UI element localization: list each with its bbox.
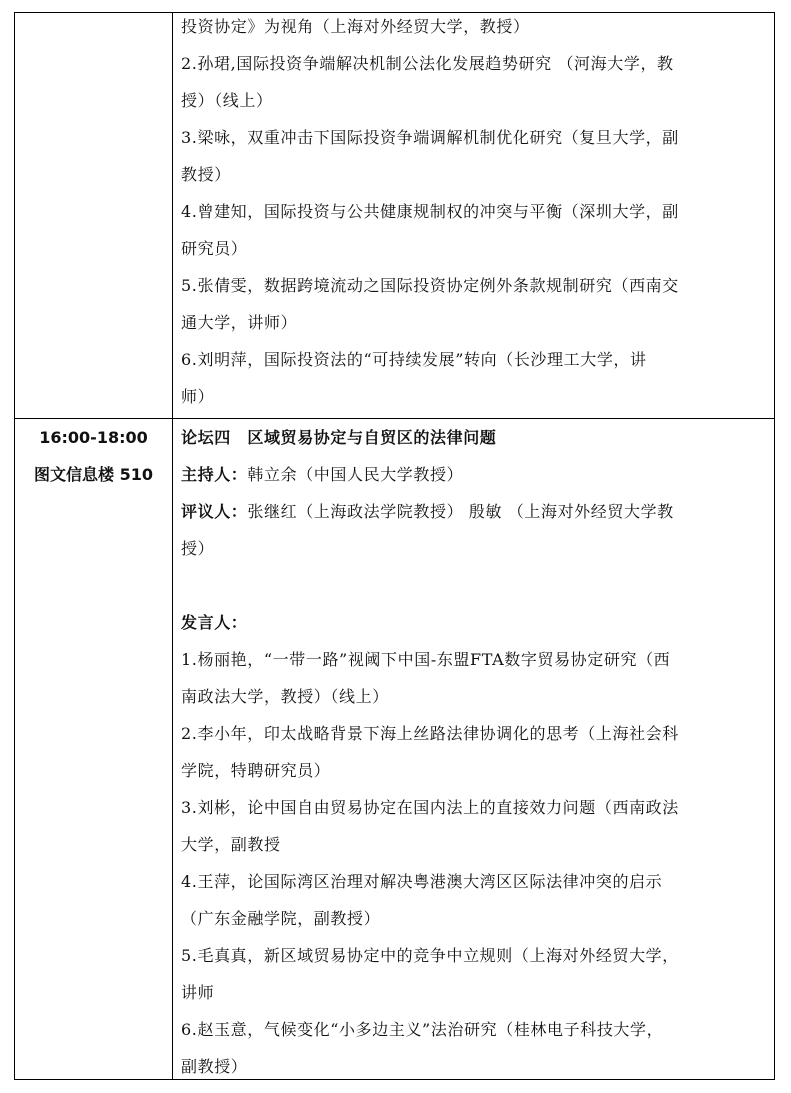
speaker-line: 1.杨丽艳，“一带一路”视阈下中国-东盟FTA数字贸易协定研究（西 bbox=[181, 641, 766, 678]
speaker-line: （广东金融学院，副教授） bbox=[181, 900, 766, 937]
table-row: 16:00-18:00 图文信息楼 510 论坛四 区域贸易协定与自贸区的法律问… bbox=[15, 419, 775, 1080]
speaker-line: 2.孙珺,国际投资争端解决机制公法化发展趋势研究 （河海大学，教 bbox=[181, 45, 766, 82]
blank-line bbox=[181, 567, 766, 604]
commentator-line: 评议人：张继红（上海政法学院教授） 殷敏 （上海对外经贸大学教 bbox=[181, 493, 766, 530]
host-line: 主持人：韩立余（中国人民大学教授） bbox=[181, 456, 766, 493]
commentator-label: 评议人： bbox=[181, 502, 247, 521]
speaker-line: 5.张倩雯，数据跨境流动之国际投资协定例外条款规制研究（西南交 bbox=[181, 267, 766, 304]
commentator-value: 张继红（上海政法学院教授） 殷敏 （上海对外经贸大学教 bbox=[247, 502, 673, 521]
speaker-line: 4.曾建知，国际投资与公共健康规制权的冲突与平衡（深圳大学，副 bbox=[181, 193, 766, 230]
speaker-line: 6.刘明萍，国际投资法的“可持续发展”转向（长沙理工大学，讲 bbox=[181, 341, 766, 378]
speaker-line: 5.毛真真，新区域贸易协定中的竞争中立规则（上海对外经贸大学， bbox=[181, 937, 766, 974]
time-cell: 16:00-18:00 图文信息楼 510 bbox=[15, 419, 173, 1080]
speaker-line: 南政法大学，教授）（线上） bbox=[181, 678, 766, 715]
host-label: 主持人： bbox=[181, 465, 247, 484]
content-cell: 投资协定》为视角（上海对外经贸大学，教授） 2.孙珺,国际投资争端解决机制公法化… bbox=[173, 13, 775, 419]
content-cell: 论坛四 区域贸易协定与自贸区的法律问题 主持人：韩立余（中国人民大学教授） 评议… bbox=[173, 419, 775, 1080]
speaker-line: 师） bbox=[181, 378, 766, 415]
speaker-line: 教授） bbox=[181, 156, 766, 193]
speaker-line: 研究员） bbox=[181, 230, 766, 267]
speaker-line: 3.梁咏，双重冲击下国际投资争端调解机制优化研究（复旦大学，副 bbox=[181, 119, 766, 156]
speaker-line: 副教授） bbox=[181, 1048, 766, 1085]
speaker-line: 投资协定》为视角（上海对外经贸大学，教授） bbox=[181, 13, 766, 45]
speaker-line: 大学，副教授 bbox=[181, 826, 766, 863]
commentator-line-cont: 授） bbox=[181, 530, 766, 567]
speaker-line: 3.刘彬，论中国自由贸易协定在国内法上的直接效力问题（西南政法 bbox=[181, 789, 766, 826]
time-cell bbox=[15, 13, 173, 419]
speaker-line: 4.王萍，论国际湾区治理对解决粤港澳大湾区区际法律冲突的启示 bbox=[181, 863, 766, 900]
speaker-line: 讲师 bbox=[181, 974, 766, 1011]
speaker-line: 学院，特聘研究员） bbox=[181, 752, 766, 789]
speakers-label: 发言人： bbox=[181, 604, 766, 641]
time-text: 16:00-18:00 bbox=[15, 419, 172, 456]
venue-text: 图文信息楼 510 bbox=[15, 456, 172, 493]
forum-title: 论坛四 区域贸易协定与自贸区的法律问题 bbox=[181, 419, 766, 456]
speaker-line: 6.赵玉意，气候变化“小多边主义”法治研究（桂林电子科技大学， bbox=[181, 1011, 766, 1048]
table-row: 投资协定》为视角（上海对外经贸大学，教授） 2.孙珺,国际投资争端解决机制公法化… bbox=[15, 13, 775, 419]
schedule-table: 投资协定》为视角（上海对外经贸大学，教授） 2.孙珺,国际投资争端解决机制公法化… bbox=[14, 12, 775, 1080]
speaker-line: 授）（线上） bbox=[181, 82, 766, 119]
speaker-line: 通大学，讲师） bbox=[181, 304, 766, 341]
host-value: 韩立余（中国人民大学教授） bbox=[247, 465, 463, 484]
speaker-line: 2.李小年，印太战略背景下海上丝路法律协调化的思考（上海社会科 bbox=[181, 715, 766, 752]
